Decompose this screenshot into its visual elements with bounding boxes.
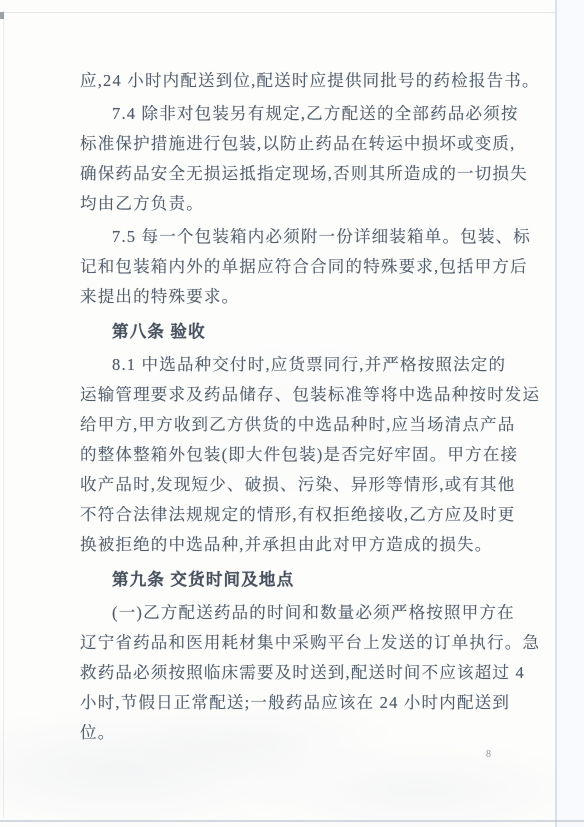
text-line: 收产品时,发现短少、破损、污染、异形等情形,或有其他 [80, 470, 510, 500]
text-line: 辽宁省药品和医用耗材集中采购平台上发送的订单执行。急 [80, 628, 510, 658]
scan-right-margin-strip [557, 0, 584, 827]
text-line: 第九条 交货时间及地点 [80, 565, 510, 595]
text-line: 来提出的特殊要求。 [80, 282, 510, 312]
text-line: 换被拒绝的中选品种,并承担由此对甲方造成的损失。 [80, 530, 510, 560]
paragraph: 应,24 小时内配送到位,配送时应提供同批号的药检报告书。 [80, 66, 510, 96]
text-line: 给甲方,甲方收到乙方供货的中选品种时,应当场清点产品 [80, 410, 510, 440]
text-line: 不符合法律法规规定的情形,有权拒绝接收,乙方应及时更 [80, 500, 510, 530]
scanned-document-page: 应,24 小时内配送到位,配送时应提供同批号的药检报告书。7.4 除非对包装另有… [0, 0, 584, 827]
paragraph: 8.1 中选品种交付时,应货票同行,并严格按照法定的运输管理要求及药品储存、包装… [80, 350, 510, 560]
text-line: 第八条 验收 [80, 317, 510, 347]
paragraph: 7.4 除非对包装另有规定,乙方配送的全部药品必须按标准保护措施进行包装,以防止… [80, 99, 510, 219]
text-line: 应,24 小时内配送到位,配送时应提供同批号的药检报告书。 [80, 66, 510, 96]
text-line: 记和包装箱内外的单据应符合合同的特殊要求,包括甲方后 [80, 252, 510, 282]
scan-edge-line-top [4, 12, 555, 13]
section-heading: 第九条 交货时间及地点 [80, 565, 510, 595]
text-line: 小时,节假日正常配送;一般药品应该在 24 小时内配送到 [80, 688, 510, 718]
scan-edge-line-left [3, 10, 4, 818]
page-number: 8 [486, 748, 491, 762]
text-line: 均由乙方负责。 [80, 189, 510, 219]
document-content: 应,24 小时内配送到位,配送时应提供同批号的药检报告书。7.4 除非对包装另有… [80, 66, 510, 748]
text-line: 位。 [80, 718, 510, 748]
text-line: 的整体整箱外包装(即大件包装)是否完好牢固。甲方在接 [80, 440, 510, 470]
section-heading: 第八条 验收 [80, 317, 510, 347]
scan-edge-line-right [555, 0, 557, 827]
paragraph: (一)乙方配送药品的时间和数量必须严格按照甲方在辽宁省药品和医用耗材集中采购平台… [80, 598, 510, 748]
text-line: 7.5 每一个包装箱内必须附一份详细装箱单。包装、标 [80, 222, 510, 252]
text-line: (一)乙方配送药品的时间和数量必须严格按照甲方在 [80, 598, 510, 628]
text-line: 标准保护措施进行包装,以防止药品在转运中损坏或变质, [80, 129, 510, 159]
text-line: 运输管理要求及药品储存、包装标准等将中选品种按时发运 [80, 380, 510, 410]
paragraph: 7.5 每一个包装箱内必须附一份详细装箱单。包装、标记和包装箱内外的单据应符合合… [80, 222, 510, 312]
text-line: 救药品必须按照临床需要及时送到,配送时间不应该超过 4 [80, 658, 510, 688]
scan-edge-line-bottom [0, 820, 584, 822]
text-line: 7.4 除非对包装另有规定,乙方配送的全部药品必须按 [80, 99, 510, 129]
text-line: 确保药品安全无损运抵指定现场,否则其所造成的一切损失 [80, 159, 510, 189]
scan-corner-mark [0, 12, 4, 19]
text-line: 8.1 中选品种交付时,应货票同行,并严格按照法定的 [80, 350, 510, 380]
